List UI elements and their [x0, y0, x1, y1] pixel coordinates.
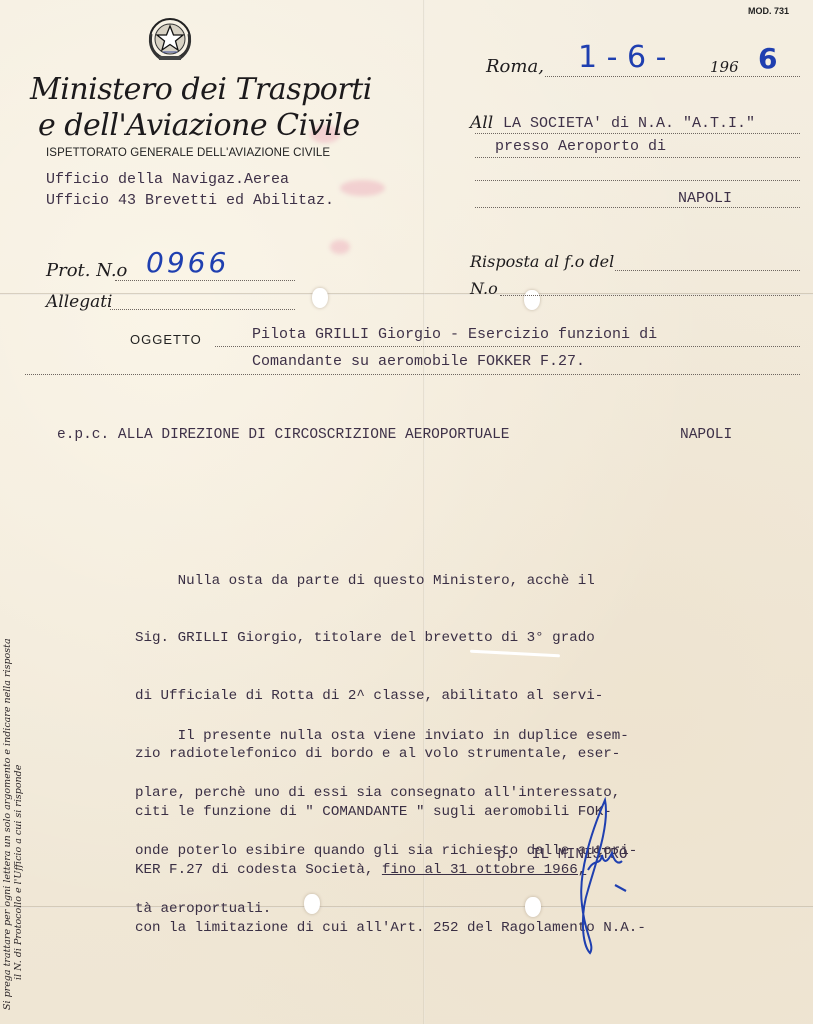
- punch-hole: [312, 288, 328, 308]
- inspectorate-name: ISPETTORATO GENERALE DELL'AVIAZIONE CIVI…: [46, 147, 330, 159]
- recipient-city: NAPOLI: [678, 190, 732, 207]
- italian-republic-emblem-icon: [145, 14, 195, 66]
- protocol-label: Prot. N.o: [46, 260, 127, 281]
- recipient-prefix: All: [470, 113, 493, 133]
- subject-line2: Comandante su aeromobile FOKKER F.27.: [252, 353, 585, 370]
- reply-number-dotline: [500, 295, 800, 296]
- ministry-name-line2: e dell'Aviazione Civile: [38, 108, 360, 143]
- body-line: Nulla osta da parte di questo Ministero,…: [135, 572, 646, 591]
- pink-stain: [330, 240, 350, 254]
- margin-note-line2: il N. di Protocollo e l'Ufficio a cui si…: [13, 638, 24, 1010]
- recipient-line2: presso Aeroporto di: [495, 138, 666, 155]
- date-year-prefix: 196: [710, 58, 739, 76]
- cc-city: NAPOLI: [680, 427, 732, 443]
- recipient-dotline-4: [475, 207, 800, 208]
- ministry-name-line1: Ministero dei Trasporti: [30, 72, 372, 107]
- margin-note-line1: Si prega trattare per ogni lettera un so…: [2, 638, 13, 1010]
- date-year-suffix: 6: [758, 42, 777, 75]
- subject-line1: Pilota GRILLI Giorgio - Esercizio funzio…: [252, 326, 657, 343]
- subject-dotline-1: [215, 346, 800, 347]
- reply-ref-dotline: [615, 270, 800, 271]
- office-line2: Ufficio 43 Brevetti ed Abilitaz.: [46, 192, 334, 209]
- margin-note: Si prega trattare per ogni lettera un so…: [2, 638, 24, 1010]
- form-code: MOD. 731: [748, 6, 789, 16]
- pink-stain: [340, 180, 385, 196]
- cc-line: e.p.c. ALLA DIREZIONE DI CIRCOSCRIZIONE …: [57, 427, 509, 443]
- protocol-number: 0966: [146, 246, 229, 279]
- punch-hole: [524, 290, 540, 310]
- date-day-month: 1 - 6 -: [578, 40, 666, 75]
- reply-ref-label: Risposta al f.o del: [470, 252, 614, 271]
- reply-number-label: N.o: [470, 279, 498, 298]
- recipient-dotline-2: [475, 157, 800, 158]
- attachments-dotline: [110, 309, 295, 310]
- recipient-line1: LA SOCIETA' di N.A. "A.T.I.": [503, 115, 755, 132]
- date-dotline: [545, 76, 800, 77]
- attachments-label: Allegati: [46, 292, 113, 312]
- date-place-label: Roma,: [486, 56, 544, 77]
- body-line: Il presente nulla osta viene inviato in …: [135, 727, 637, 746]
- handwritten-signature-icon: [560, 795, 640, 960]
- protocol-dotline: [115, 280, 295, 281]
- subject-label: OGGETTO: [130, 332, 202, 347]
- recipient-dotline-1: [475, 133, 800, 134]
- recipient-dotline-3: [475, 180, 800, 181]
- office-line1: Ufficio della Navigaz.Aerea: [46, 171, 289, 188]
- subject-dotline-2: [25, 374, 800, 375]
- body-line: Sig. GRILLI Giorgio, titolare del brevet…: [135, 629, 646, 648]
